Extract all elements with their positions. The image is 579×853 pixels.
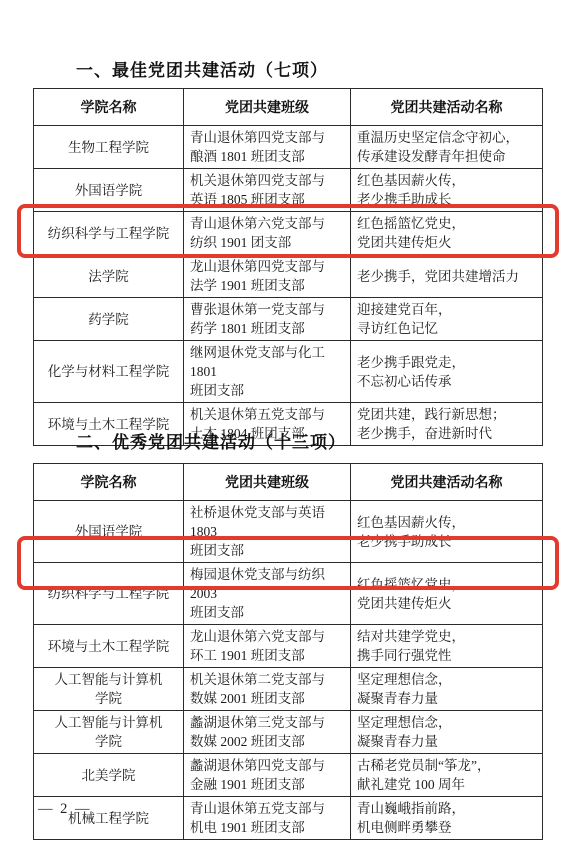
table-row: 生物工程学院 青山退休第四党支部与 酿酒 1801 班团支部 重温历史坚定信念守… xyxy=(34,126,543,169)
class-branch-cell: 曹张退休第一党支部与 药学 1801 班团支部 xyxy=(184,298,351,341)
activity-cell: 青山巍峨指前路， 机电侧畔勇攀登 xyxy=(351,797,543,840)
table-row: 法学院 龙山退休第四党支部与 法学 1901 班团支部 老少携手，党团共建增活力 xyxy=(34,255,543,298)
college-cell: 北美学院 xyxy=(34,754,184,797)
table-header-row: 学院名称 党团共建班级 党团共建活动名称 xyxy=(34,89,543,126)
activity-cell: 红色基因薪火传， 老少携手助成长 xyxy=(351,501,543,563)
class-branch-cell: 龙山退休第六党支部与 环工 1901 班团支部 xyxy=(184,625,351,668)
section-title-2: 二、优秀党团共建活动（十三项） xyxy=(76,428,346,453)
class-branch-cell: 蠡湖退休第三党支部与 数媒 2002 班团支部 xyxy=(184,711,351,754)
column-header-activity: 党团共建活动名称 xyxy=(351,89,543,126)
activity-cell: 重温历史坚定信念守初心， 传承建设发酵青年担使命 xyxy=(351,126,543,169)
activity-cell: 结对共建学党史， 携手同行强党性 xyxy=(351,625,543,668)
table-row: 药学院 曹张退休第一党支部与 药学 1801 班团支部 迎接建党百年， 寻访红色… xyxy=(34,298,543,341)
college-cell: 外国语学院 xyxy=(34,169,184,212)
table-row-highlighted: 纺织科学与工程学院 青山退休第六党支部与 纺织 1901 团支部 红色摇篮忆党史… xyxy=(34,212,543,255)
activity-cell: 古稀老党员制“筝龙”， 献礼建党 100 周年 xyxy=(351,754,543,797)
college-cell: 环境与土木工程学院 xyxy=(34,625,184,668)
activity-cell: 红色摇篮忆党史， 党团共建传炬火 xyxy=(351,212,543,255)
table-row: 外国语学院 机关退休第四党支部与 英语 1805 班团支部 红色基因薪火传， 老… xyxy=(34,169,543,212)
college-cell: 纺织科学与工程学院 xyxy=(34,563,184,625)
table-header-row: 学院名称 党团共建班级 党团共建活动名称 xyxy=(34,464,543,501)
class-branch-cell: 龙山退休第四党支部与 法学 1901 班团支部 xyxy=(184,255,351,298)
class-branch-cell: 机关退休第二党支部与 数媒 2001 班团支部 xyxy=(184,668,351,711)
column-header-class: 党团共建班级 xyxy=(184,89,351,126)
college-cell: 生物工程学院 xyxy=(34,126,184,169)
class-branch-cell: 社桥退休党支部与英语 1803 班团支部 xyxy=(184,501,351,563)
class-branch-cell: 青山退休第四党支部与 酿酒 1801 班团支部 xyxy=(184,126,351,169)
table-row: 北美学院 蠡湖退休第四党支部与 金融 1901 班团支部 古稀老党员制“筝龙”，… xyxy=(34,754,543,797)
column-header-activity: 党团共建活动名称 xyxy=(351,464,543,501)
activity-cell: 老少携手，党团共建增活力 xyxy=(351,255,543,298)
excellent-activities-table: 学院名称 党团共建班级 党团共建活动名称 外国语学院 社桥退休党支部与英语 18… xyxy=(33,463,543,840)
activity-cell: 老少携手跟党走， 不忘初心话传承 xyxy=(351,341,543,403)
college-cell: 人工智能与计算机 学院 xyxy=(34,711,184,754)
college-cell: 人工智能与计算机 学院 xyxy=(34,668,184,711)
column-header-college: 学院名称 xyxy=(34,89,184,126)
table-row-highlighted: 纺织科学与工程学院 梅园退休党支部与纺织 2003 班团支部 红色摇篮忆党史， … xyxy=(34,563,543,625)
class-branch-cell: 梅园退休党支部与纺织 2003 班团支部 xyxy=(184,563,351,625)
table-row: 人工智能与计算机 学院 机关退休第二党支部与 数媒 2001 班团支部 坚定理想… xyxy=(34,668,543,711)
table-row: 化学与材料工程学院 继网退休党支部与化工 1801 班团支部 老少携手跟党走， … xyxy=(34,341,543,403)
activity-cell: 迎接建党百年， 寻访红色记忆 xyxy=(351,298,543,341)
section-title-1: 一、最佳党团共建活动（七项） xyxy=(76,56,328,81)
table-row: 机械工程学院 青山退休第五党支部与 机电 1901 班团支部 青山巍峨指前路， … xyxy=(34,797,543,840)
activity-cell: 坚定理想信念， 凝聚青春力量 xyxy=(351,668,543,711)
table-row: 外国语学院 社桥退休党支部与英语 1803 班团支部 红色基因薪火传， 老少携手… xyxy=(34,501,543,563)
best-activities-table: 学院名称 党团共建班级 党团共建活动名称 生物工程学院 青山退休第四党支部与 酿… xyxy=(33,88,543,446)
activity-cell: 红色摇篮忆党史， 党团共建传炬火 xyxy=(351,563,543,625)
college-cell: 外国语学院 xyxy=(34,501,184,563)
column-header-college: 学院名称 xyxy=(34,464,184,501)
document-page: 一、最佳党团共建活动（七项） 学院名称 党团共建班级 党团共建活动名称 生物工程… xyxy=(0,0,579,853)
college-cell: 纺织科学与工程学院 xyxy=(34,212,184,255)
activity-cell: 坚定理想信念， 凝聚青春力量 xyxy=(351,711,543,754)
class-branch-cell: 青山退休第五党支部与 机电 1901 班团支部 xyxy=(184,797,351,840)
class-branch-cell: 继网退休党支部与化工 1801 班团支部 xyxy=(184,341,351,403)
class-branch-cell: 青山退休第六党支部与 纺织 1901 团支部 xyxy=(184,212,351,255)
column-header-class: 党团共建班级 xyxy=(184,464,351,501)
class-branch-cell: 机关退休第四党支部与 英语 1805 班团支部 xyxy=(184,169,351,212)
class-branch-cell: 蠡湖退休第四党支部与 金融 1901 班团支部 xyxy=(184,754,351,797)
table-row: 人工智能与计算机 学院 蠡湖退休第三党支部与 数媒 2002 班团支部 坚定理想… xyxy=(34,711,543,754)
table-row: 环境与土木工程学院 龙山退休第六党支部与 环工 1901 班团支部 结对共建学党… xyxy=(34,625,543,668)
college-cell: 法学院 xyxy=(34,255,184,298)
activity-cell: 党团共建，践行新思想； 老少携手，奋进新时代 xyxy=(351,403,543,446)
college-cell: 药学院 xyxy=(34,298,184,341)
college-cell: 化学与材料工程学院 xyxy=(34,341,184,403)
page-number: — 2 — xyxy=(38,801,92,818)
activity-cell: 红色基因薪火传， 老少携手助成长 xyxy=(351,169,543,212)
